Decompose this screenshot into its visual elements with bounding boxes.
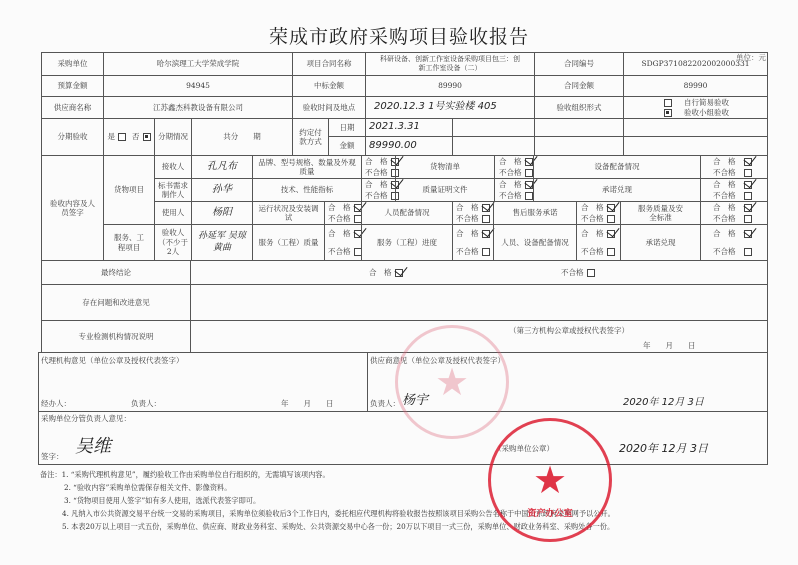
supplier-leader-label: 负责人：: [370, 399, 400, 408]
item-tech-performance: 技术、性能指标: [252, 178, 362, 202]
pass-checkbox-icon[interactable]: [607, 230, 615, 238]
org-form-option-self[interactable]: 自行简易验收: [664, 98, 729, 107]
fail-checkbox-icon[interactable]: [587, 269, 595, 277]
result-brand-spec: 合 格 不合格: [361, 155, 396, 179]
installment-yes-no: 是 否: [103, 118, 155, 156]
purchaser-opinion-date: 2020年 12月 3日: [619, 442, 708, 456]
payment-amount-label: 金额: [328, 136, 366, 156]
inspection-label: 专业检测机构情况说明: [41, 320, 191, 353]
item-equipment: 设备配备情况: [533, 155, 701, 179]
result-staff-equipment: 合 格 不合格: [576, 224, 621, 261]
pass-checkbox-icon[interactable]: [744, 230, 752, 238]
note-5: 5. 本表20万以上项目一式五份，采购单位、供应商、财政业务科室、采购处、公共资…: [40, 520, 615, 533]
note-3: 3. “货物项目使用人签字”如有多人使用，选派代表签字即可。: [40, 494, 615, 507]
pass-checkbox-icon[interactable]: [395, 269, 403, 277]
note-2: 2. “验收内容”采购单位需保存相关文件、影像资料。: [40, 481, 615, 494]
agency-leader-label: 负责人：: [131, 399, 161, 408]
agency-date: 年 月 日: [281, 399, 334, 408]
budget-label: 预算金额: [41, 75, 104, 97]
final-conclusion-label: 最终结论: [41, 260, 191, 285]
empty-cell: [623, 118, 768, 137]
inspection-stamp-note: （第三方机构公章或授权代表签字）: [509, 326, 629, 335]
org-form-label: 验收组织形式: [534, 96, 624, 119]
pass-checkbox-icon[interactable]: [744, 204, 752, 212]
purchaser-label: 采购单位: [41, 52, 104, 76]
bid-amount-value: 89990: [365, 75, 535, 97]
item-service-progress: 服务（工程）进度: [361, 224, 453, 261]
contract-amount-label: 合同金额: [534, 75, 624, 97]
item-brand-spec: 品牌、型号规格、数量及外观质量: [252, 155, 362, 179]
org-form-options: 自行简易验收 验收小组验收: [623, 96, 768, 119]
agency-opinion-label: 代理机构意见（单位公章及授权代表签字）: [41, 356, 184, 365]
empty-cell: [623, 136, 768, 156]
item-service-quality: 服务（工程）质量: [252, 224, 325, 261]
pass-checkbox-icon[interactable]: [744, 158, 752, 166]
document-title: 荣成市政府采购项目验收报告: [0, 22, 798, 49]
item-commitment: 承诺兑现: [533, 178, 701, 202]
fail-checkbox-icon[interactable]: [525, 192, 533, 200]
result-goods-list: 合 格 不合格: [494, 155, 534, 179]
accept-time-place-value: 2020.12.3 1号实验楼 405: [365, 96, 535, 119]
supplier-leader-signature: 杨宇: [402, 393, 428, 409]
goods-section-label: 货物项目: [103, 155, 155, 225]
item-service-quality-safety: 服务质量及安全标准: [620, 201, 701, 225]
acceptance-section-label: 验收内容及人员签字: [41, 155, 104, 261]
agency-opinion: 代理机构意见（单位公章及授权代表签字） 经办人： 负责人： 年 月 日: [38, 352, 368, 412]
result-staffing: 合 格 不合格: [452, 201, 494, 225]
purchaser-signature: 吴维: [75, 436, 111, 459]
item-goods-list: 货物清单: [395, 155, 495, 179]
signature-bid-maker: 孙华: [191, 178, 253, 202]
no-checkbox-icon[interactable]: [143, 133, 151, 141]
pass-checkbox-icon[interactable]: [482, 204, 490, 212]
result-quality-docs: 合 格 不合格: [494, 178, 534, 202]
item-staffing: 人员配备情况: [361, 201, 453, 225]
item-service-commitment: 承诺兑现: [620, 224, 701, 261]
purchaser-value: 哈尔滨理工大学荣成学院: [103, 52, 293, 76]
supplier-value: 江苏鑫杰科教设备有限公司: [103, 96, 293, 119]
result-service-commitment: 合 格 不合格: [700, 224, 768, 261]
empty-cell: [452, 118, 535, 137]
supplier-opinion-date: 2020年 12月 3日: [623, 397, 704, 410]
result-commitment: 合 格 不合格: [700, 178, 768, 202]
contract-amount-value: 89990: [623, 75, 768, 97]
inspection-value: （第三方机构公章或授权代表签字） 年 月 日: [190, 320, 768, 353]
empty-cell: [452, 136, 535, 156]
payment-method-label: 约定付款方式: [292, 118, 329, 156]
issues-value: [190, 284, 768, 321]
signature-acceptors: 孙延军 吴琼 黄曲: [191, 224, 253, 261]
checkbox-icon[interactable]: [664, 109, 672, 117]
item-quality-docs: 质量证明文件: [395, 178, 495, 202]
fail-checkbox-icon[interactable]: [482, 248, 490, 256]
contract-name-label: 项目合同名称: [292, 52, 366, 76]
item-after-sales: 售后服务承诺: [493, 201, 577, 225]
final-pass-option[interactable]: 合 格: [369, 268, 403, 277]
signature-user: 杨阳: [191, 201, 253, 225]
final-fail-option[interactable]: 不合格: [561, 268, 595, 277]
pass-checkbox-icon[interactable]: [482, 230, 490, 238]
contract-name-value: 科研设备、创新工作室设备采购项目包三：创新工作室设备（二）: [365, 52, 535, 76]
purchaser-stamp-label: （采购单位公章）: [494, 444, 554, 453]
role-user: 使用人: [154, 201, 192, 225]
result-service-progress: 合 格 不合格: [452, 224, 494, 261]
accept-time-place-label: 验收时间及地点: [292, 96, 366, 119]
fail-checkbox-icon[interactable]: [482, 215, 490, 223]
item-staff-equipment: 人员、设备配备情况: [493, 224, 577, 261]
supplier-label: 供应商名称: [41, 96, 104, 119]
role-acceptor: 验收人（不少于2人: [154, 224, 192, 261]
installment-label: 分期验收: [41, 118, 104, 156]
payment-date-value: 2021.3.31: [365, 118, 453, 137]
supplier-opinion: 供应商意见（单位公章及授权代表签字） 负责人： 杨宇 2020年 12月 3日: [367, 352, 768, 412]
fail-checkbox-icon[interactable]: [744, 248, 752, 256]
purchaser-opinion: 采购单位分管负责人意见： 签字： 吴维 （采购单位公章） 2020年 12月 3…: [38, 411, 768, 465]
result-tech-performance: 合 格 不合格: [361, 178, 396, 202]
notes: 备注：1. “采购代理机构意见”，履约验收工作由采购单位自行组织的，无需填写该项…: [40, 468, 615, 533]
signature-receiver: 孔凡布: [191, 155, 253, 179]
final-conclusion-value: 合 格 不合格: [190, 260, 768, 285]
payment-amount-value: 89990.00: [365, 136, 453, 156]
yes-checkbox-icon[interactable]: [118, 133, 126, 141]
item-operation: 运行状况及安装调试: [252, 201, 325, 225]
purchaser-opinion-label: 采购单位分管负责人意见：: [41, 414, 131, 423]
result-service-quality-safety: 合 格 不合格: [700, 201, 768, 225]
result-after-sales: 合 格 不合格: [576, 201, 621, 225]
result-equipment: 合 格 不合格: [700, 155, 768, 179]
pass-checkbox-icon[interactable]: [607, 204, 615, 212]
empty-cell: [534, 118, 624, 137]
bid-amount-label: 中标金额: [292, 75, 366, 97]
fail-checkbox-icon[interactable]: [607, 248, 615, 256]
fail-checkbox-icon[interactable]: [744, 215, 752, 223]
result-service-quality: 合 格 不合格: [324, 224, 362, 261]
inspection-date: 年 月 日: [643, 341, 696, 350]
installment-status-value: 共分 期: [191, 118, 293, 156]
pass-checkbox-icon[interactable]: [744, 181, 752, 189]
role-bid-maker: 标书需求制作人: [154, 178, 192, 202]
agency-handler-label: 经办人：: [41, 399, 71, 408]
contract-no-label: 合同编号: [534, 52, 624, 76]
pass-checkbox-icon[interactable]: [525, 181, 533, 189]
service-section-label: 服务、工程项目: [103, 224, 155, 261]
note-4: 4. 凡纳入市公共资源交易平台统一交易的采购项目，采购单位须验收后3个工作日内，…: [40, 507, 615, 520]
budget-value: 94945: [103, 75, 293, 97]
org-form-option-group[interactable]: 验收小组验收: [664, 108, 729, 117]
purchaser-sign-label: 签字：: [41, 452, 64, 461]
checkbox-icon[interactable]: [664, 99, 672, 107]
role-receiver: 接收人: [154, 155, 192, 179]
note-1: 备注：1. “采购代理机构意见”，履约验收工作由采购单位自行组织的，无需填写该项…: [40, 468, 615, 481]
contract-no-value: SDGP371082202002000331: [623, 52, 768, 76]
supplier-opinion-label: 供应商意见（单位公章及授权代表签字）: [370, 356, 505, 365]
installment-status-label: 分期情况: [154, 118, 192, 156]
result-operation: 合 格 不合格: [324, 201, 362, 225]
empty-cell: [534, 136, 624, 156]
issues-label: 存在问题和改进意见: [41, 284, 191, 321]
fail-checkbox-icon[interactable]: [607, 215, 615, 223]
pass-checkbox-icon[interactable]: [525, 158, 533, 166]
payment-date-label: 日期: [328, 118, 366, 137]
